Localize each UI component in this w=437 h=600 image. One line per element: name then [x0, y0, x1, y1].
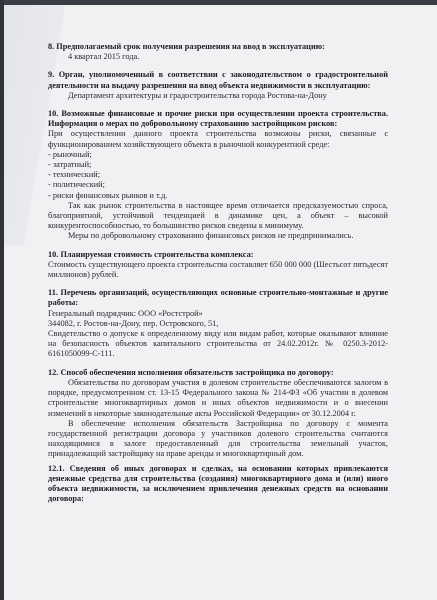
section-9-heading: 9. Орган, уполномоченный в соответствии … [48, 70, 388, 90]
scan-left-edge [0, 0, 4, 600]
section-10-intro: При осуществлении данного проекта строит… [48, 129, 388, 149]
section-8-heading: 8. Предполагаемый срок получения разреше… [48, 42, 388, 52]
risk-item: - затратный; [48, 160, 388, 170]
risk-item: - технический; [48, 170, 388, 180]
section-12-pledge: В обеспечение исполнения обязательств За… [48, 419, 388, 460]
section-10-paragraph: Так как рынок строительства в настоящее … [48, 201, 388, 232]
section-11-certificate: Свидетельство о допуске к определенному … [48, 329, 388, 360]
section-10b-body: Стоимость существующего проекта строител… [48, 260, 388, 280]
section-10b-heading: 10. Планируемая стоимость строительства … [48, 250, 388, 260]
section-12-1-heading: 12.1. Сведения об иных договорах и сделк… [48, 464, 388, 505]
section-8-body: 4 квартал 2015 года. [48, 52, 388, 62]
risk-item: - рыночный; [48, 150, 388, 160]
section-11-contractor: Генеральный подрядчик: ООО «Ростстрой» [48, 309, 388, 319]
section-12-heading: 12. Способ обеспечения исполнения обязат… [48, 368, 388, 378]
section-10-heading: 10. Возможные финансовые и прочие риски … [48, 109, 388, 129]
section-9-body: Департамент архитектуры и градостроитель… [48, 91, 388, 101]
section-10-insurance: Меры по добровольному страхованию финанс… [48, 231, 388, 241]
section-11-address: 344082, г. Ростов-на-Дону, пер. Островск… [48, 319, 388, 329]
section-12-paragraph: Обязательства по договорам участия в дол… [48, 378, 388, 419]
section-11-heading: 11. Перечень организаций, осуществляющих… [48, 288, 388, 308]
document-content: 8. Предполагаемый срок получения разреше… [48, 42, 388, 504]
risk-item: - политический; [48, 180, 388, 190]
risk-item: - риски финансовых рынков и т.д. [48, 191, 388, 201]
